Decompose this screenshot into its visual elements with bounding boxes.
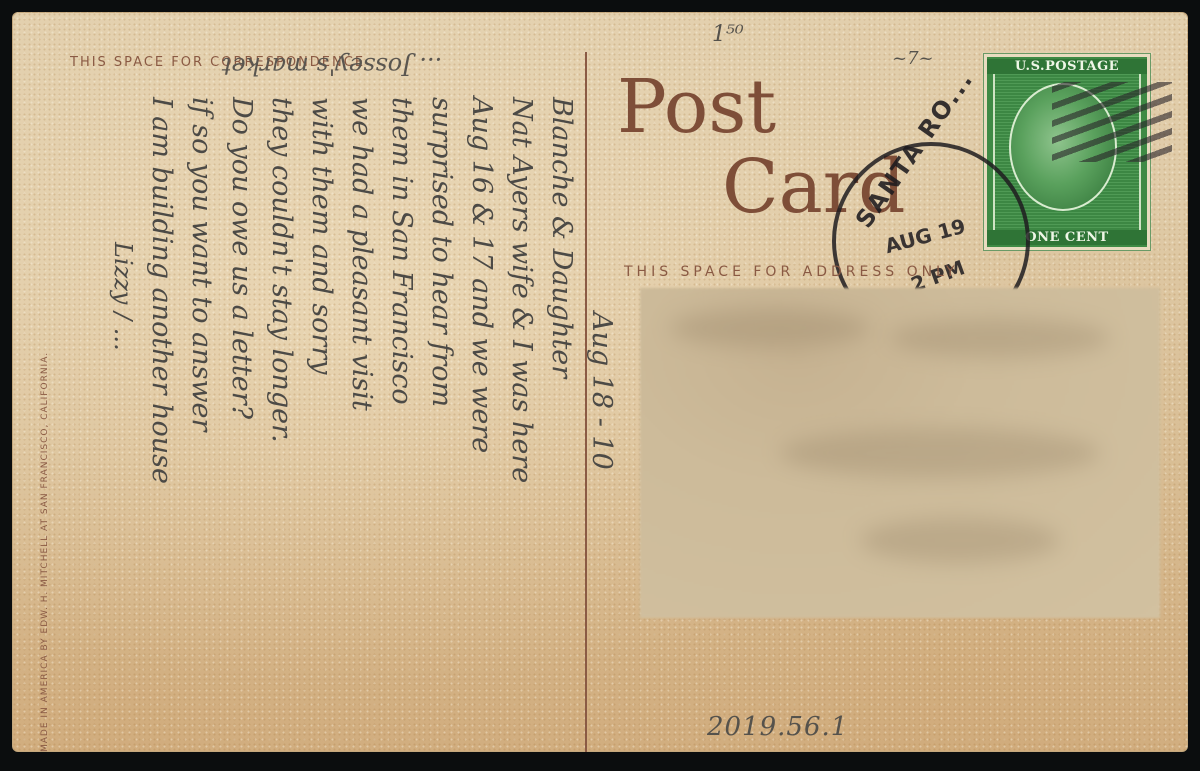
redacted-address-block xyxy=(640,288,1160,618)
title-post: Post xyxy=(617,70,776,144)
message-line: Nat Ayers wife & I was here xyxy=(506,97,537,483)
message-line: we had a pleasant visit xyxy=(346,97,377,411)
message-date: Aug 18 - 10 xyxy=(586,312,617,470)
stamp-top-label: U.S.POSTAGE xyxy=(987,59,1147,74)
message-line: I am building another house xyxy=(146,97,177,484)
accession-number: 2019.56.1 xyxy=(707,712,848,742)
address-header: THIS SPACE FOR ADDRESS ONLY xyxy=(624,264,959,280)
postcard: THIS SPACE FOR CORRESPONDENCE ... Jossey… xyxy=(12,12,1188,752)
publisher-imprint: MADE IN AMERICA BY EDW. H. MITCHELL AT S… xyxy=(40,352,50,752)
message-line: Do you owe us a letter? xyxy=(226,97,257,419)
signature: Lizzy / ... xyxy=(109,242,137,351)
cancellation-bars xyxy=(1052,82,1172,162)
price-annotation: 1⁵⁰ xyxy=(712,22,744,47)
message-line: Blanche & Daughter xyxy=(546,97,577,378)
message-line: if so you want to answer xyxy=(186,97,217,431)
message-line: Aug 16 & 17 and we were xyxy=(466,97,497,453)
message-line: with them and sorry xyxy=(306,97,337,375)
message-line: they couldn't stay longer. xyxy=(266,97,297,443)
pencil-mark: ~7~ xyxy=(892,48,934,69)
message-line: surprised to hear from xyxy=(426,97,457,407)
inverted-handwritten-line: ... Jossey's market xyxy=(62,52,602,80)
message-line: them in San Francisco xyxy=(386,97,417,405)
